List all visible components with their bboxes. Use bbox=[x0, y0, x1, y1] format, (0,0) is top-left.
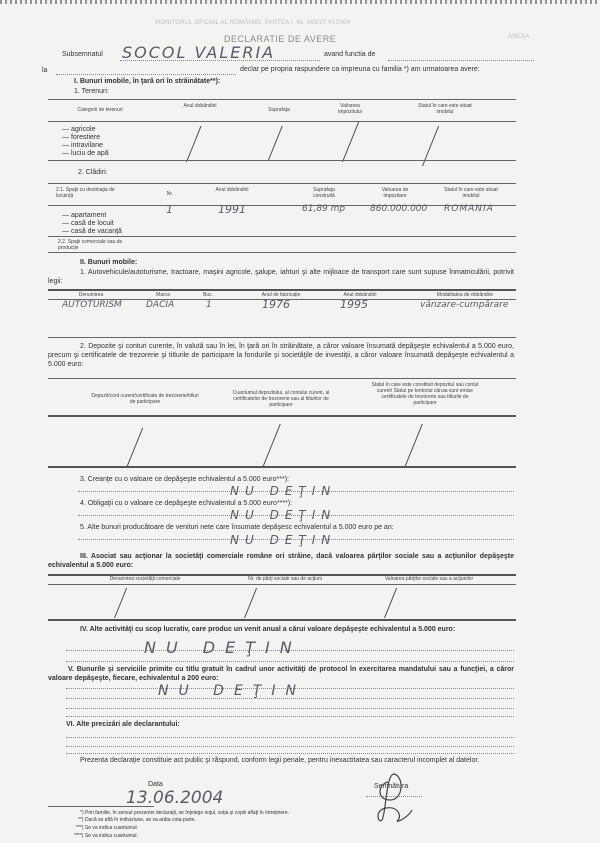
land-col-area: Suprafaţa bbox=[254, 107, 304, 113]
scanned-declaration-page: MONITORUL OFICIAL AL ROMÂNIEI, PARTEA I,… bbox=[0, 0, 600, 843]
vehicle-brand: DACIA bbox=[146, 300, 174, 310]
building-row-vacation: — casă de vacanţă bbox=[62, 228, 122, 235]
shares-cancel-mark bbox=[384, 588, 397, 618]
vehicle-made: 1976 bbox=[262, 298, 290, 311]
apartment-year: 1991 bbox=[218, 203, 246, 216]
deposits-col-type: Depozit/cont curent/certificate de trezo… bbox=[90, 393, 200, 405]
building-row-house: — casă de locuit bbox=[62, 220, 114, 227]
apartment-country: ROMANIA bbox=[444, 204, 494, 214]
other-assets-answer: NU DEŢIN bbox=[230, 533, 336, 547]
deposits-cancel-mark bbox=[126, 428, 143, 468]
land-title: 1. Terenuri: bbox=[74, 88, 109, 95]
subsemnatul-label: Subsemnatul bbox=[62, 51, 103, 58]
land-col-tax: Valoarea impozitului bbox=[330, 103, 370, 115]
deposits-cancel-mark bbox=[404, 424, 423, 468]
footnote-2: **) Dacă se află în indiviziune, se va a… bbox=[78, 817, 196, 823]
shares-col-count: Nr. de părţi sociale sau de acţiuni bbox=[220, 576, 350, 582]
apartment-value: 860.000.000 bbox=[370, 204, 427, 214]
buildings-col-year: Anul dobândirii bbox=[212, 187, 252, 193]
vehicle-name: AUTOTURISM bbox=[62, 300, 122, 310]
function-label: avand functia de bbox=[324, 51, 375, 58]
shares-cancel-mark bbox=[114, 588, 127, 618]
shares-col-value: Valoarea părţilor sociale sau a acţiunil… bbox=[364, 576, 494, 582]
vehicles-intro: 1. Autovehicule/autoturisme, tractoare, … bbox=[48, 268, 514, 286]
vehicle-acquired: 1995 bbox=[340, 298, 368, 311]
shares-col-company: Denumirea societăţii comerciale bbox=[90, 576, 200, 582]
signature-scribble bbox=[368, 770, 418, 824]
section-5-title: V. Bunurile şi serviciile primite cu tit… bbox=[48, 665, 514, 683]
date-value: 13.06.2004 bbox=[126, 788, 223, 808]
land-row-agricole: — agricole bbox=[62, 126, 95, 133]
claims-answer: NU DEŢIN bbox=[230, 484, 336, 498]
land-col-year: Anul dobândirii bbox=[180, 103, 220, 109]
vehicles-col-qty: Buc. bbox=[198, 292, 218, 298]
land-row-luciu: — luciu de apă bbox=[62, 150, 109, 157]
commercial-spaces-label: 2.2. Spaţii comerciale sau de producţie bbox=[58, 239, 138, 251]
footnote-1: *) Prin familie, în sensul prezentei dec… bbox=[80, 810, 289, 816]
debts-answer: NU DEŢIN bbox=[230, 508, 336, 522]
land-col-country: Statul în care este situat imobilul bbox=[410, 103, 480, 115]
footnote-4: ****) Se va indica cuantumul. bbox=[74, 833, 138, 839]
land-cancel-mark bbox=[342, 122, 359, 162]
buildings-col-country: Statul în care este situat imobilul bbox=[436, 187, 506, 199]
deposits-col-country: Statul în care este constituit depozitul… bbox=[370, 382, 480, 406]
buildings-title: 2. Clădiri: bbox=[78, 169, 108, 176]
buildings-col-value: Valoarea de impozitare bbox=[370, 187, 420, 199]
shares-cancel-mark bbox=[244, 588, 257, 618]
claims-label: 3. Creanţe cu o valoare ce depăşeşte ech… bbox=[80, 476, 289, 483]
section-3-title: III. Asociat sau acţionar la societăţi c… bbox=[48, 552, 514, 570]
section-4-answer: NU DEŢIN bbox=[144, 638, 302, 657]
section-6-title: VI. Alte precizări ale declarantului: bbox=[66, 721, 180, 728]
land-cancel-mark bbox=[268, 126, 283, 160]
section-1-title: I. Bunuri imobile, în ţară ori în străin… bbox=[74, 78, 220, 85]
building-row-apartment: — apartament bbox=[62, 212, 106, 219]
land-row-intravilane: — intravilane bbox=[62, 142, 103, 149]
vehicle-qty: 1 bbox=[206, 300, 212, 310]
vehicles-col-mode: Modalitatea de dobândire bbox=[420, 292, 510, 298]
vehicles-col-name: Denumirea bbox=[66, 292, 116, 298]
section-2-title: II. Bunuri mobile: bbox=[80, 259, 137, 266]
section-5-answer: NU DEŢIN bbox=[158, 683, 306, 699]
annex-label: ANEXA bbox=[508, 34, 529, 40]
debts-label: 4. Obligaţii cu o valoare ce depăşeşte e… bbox=[80, 500, 292, 507]
land-row-forestiere: — forestiere bbox=[62, 134, 100, 141]
declare-text: declar pe propria raspundere ca impreuna… bbox=[240, 66, 480, 73]
buildings-col-area: Suprafaţa construită bbox=[304, 187, 344, 199]
other-assets-label: 5. Alte bunuri producătoare de venituri … bbox=[80, 524, 394, 531]
at-label: la bbox=[42, 67, 47, 74]
vehicle-mode: vânzare-cumpărare bbox=[420, 300, 508, 310]
vehicles-col-brand: Marca bbox=[148, 292, 178, 298]
gazette-header: MONITORUL OFICIAL AL ROMÂNIEI, PARTEA I,… bbox=[155, 20, 350, 26]
deposits-cancel-mark bbox=[262, 424, 281, 468]
apartment-nr: 1 bbox=[166, 203, 173, 216]
land-cancel-mark bbox=[186, 126, 202, 162]
deposits-col-amount: Cuantumul depozitului, al contului curen… bbox=[226, 390, 336, 408]
date-label: Data bbox=[148, 781, 163, 788]
apartment-area: 61,89 mp bbox=[302, 204, 345, 214]
buildings-col-nr: Nr. bbox=[160, 191, 180, 197]
section-4-title: IV. Alte activităţi cu scop lucrativ, ca… bbox=[48, 625, 514, 634]
footnote-3: ***) Se va indica cuantumul. bbox=[76, 825, 138, 831]
land-col-category: Categorii de terenuri bbox=[60, 107, 140, 113]
closing-statement: Prezenta declaraţie constituie act publi… bbox=[48, 756, 514, 765]
deposits-intro: 2. Depozite şi conturi curente, în valut… bbox=[48, 342, 514, 369]
scan-edge-marks bbox=[0, 0, 600, 4]
buildings-col-type: 2.1. Spaţii cu destinaţia de locuinţă bbox=[56, 187, 126, 199]
